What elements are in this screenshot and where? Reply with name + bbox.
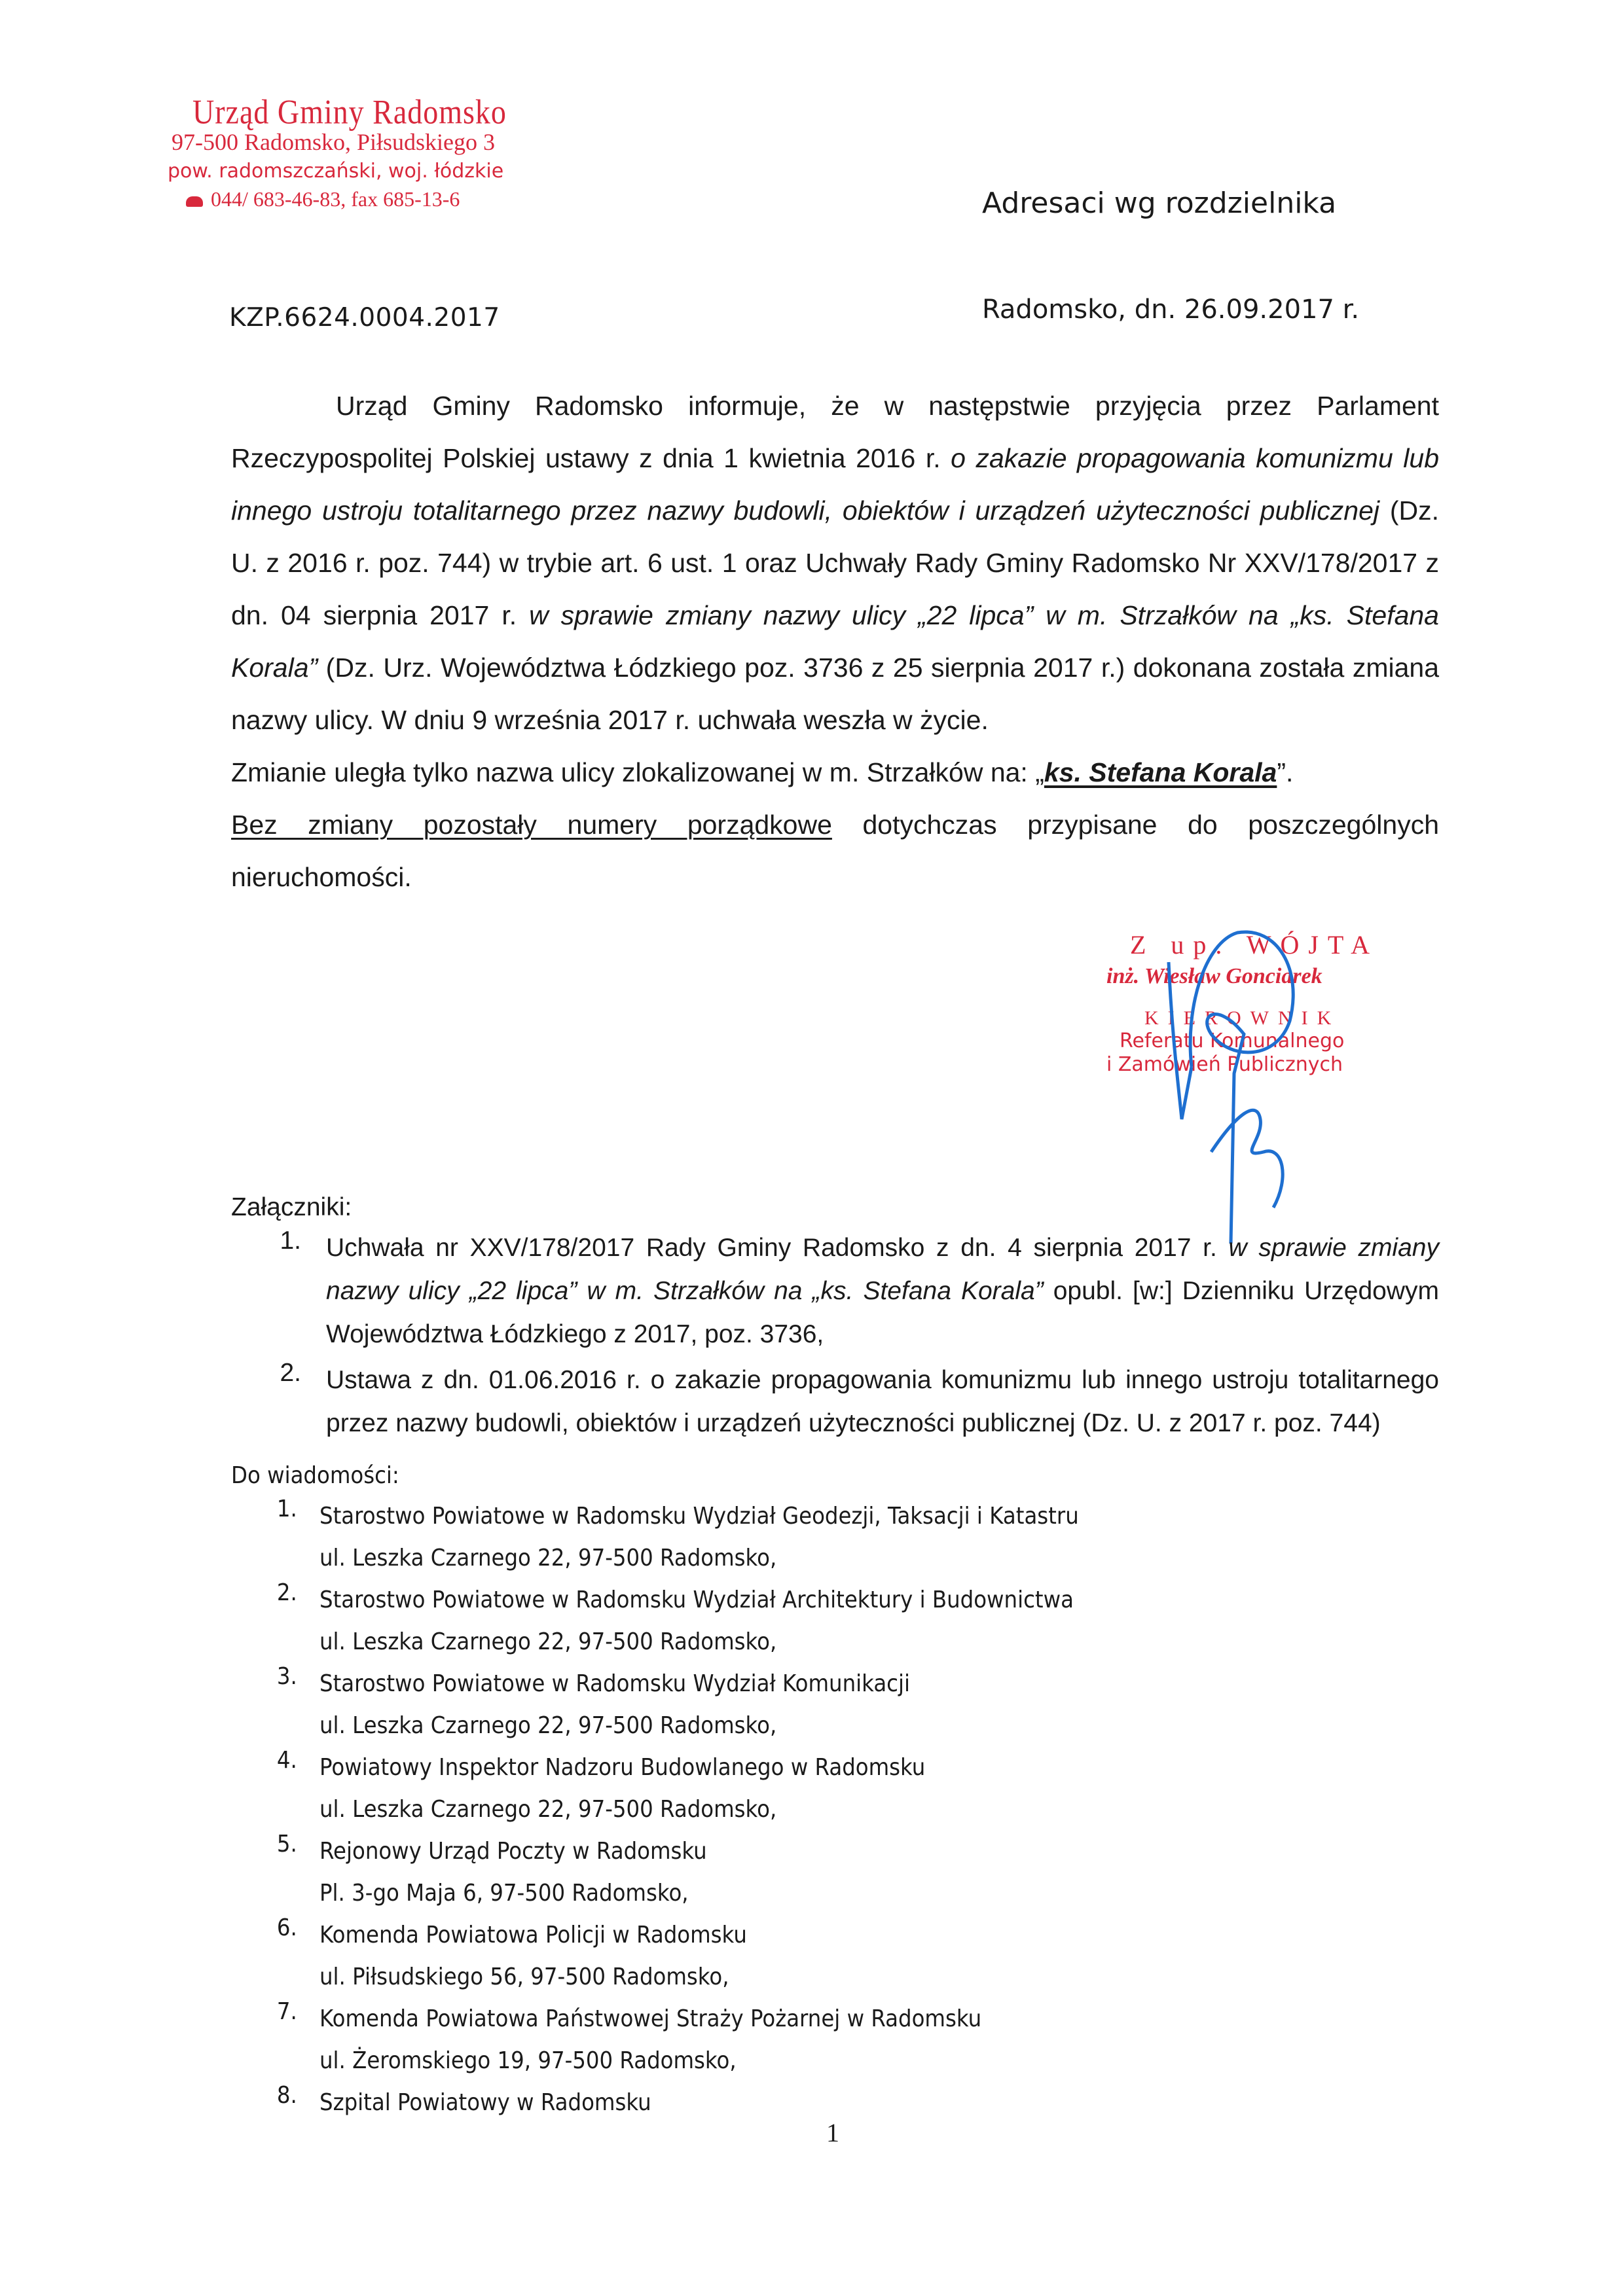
recipient-text: Starostwo Powiatowe w Radomsku Wydział G… [319,1496,1079,1579]
recipients-list: 1.Starostwo Powiatowe w Radomsku Wydział… [231,1496,1115,2124]
attachment-number: 2. [231,1359,326,1445]
recipient-name: Starostwo Powiatowe w Radomsku Wydział G… [319,1496,1079,1537]
recipient-text: Rejonowy Urząd Poczty w RadomskuPl. 3-go… [319,1831,707,1914]
recipient-number: 7. [231,1998,319,2082]
date-line: Radomsko, dn. 26.09.2017 r. [982,295,1359,325]
recipient-name: Komenda Powiatowa Państwowej Straży Poża… [319,1998,981,2040]
attachments-section: Załączniki: 1. Uchwała nr XXV/178/2017 R… [231,1191,1439,1445]
recipient-item: 7.Komenda Powiatowa Państwowej Straży Po… [231,1998,1115,2082]
letter-body: Urząd Gminy Radomsko informuje, że w nas… [231,380,1439,903]
p1-end: (Dz. Urz. Województwa Łódzkiego poz. 373… [231,653,1439,735]
recipient-address: ul. Piłsudskiego 56, 97-500 Radomsko, [319,1956,747,1998]
recipient-item: 8.Szpital Powiatowy w Radomsku [231,2082,1115,2124]
recipient-number: 4. [231,1747,319,1831]
attachment-number: 1. [231,1227,326,1356]
office-district: pow. radomszczański, woj. łódzkie [168,158,507,185]
office-phone-fax: 044/ 683-46-83, fax 685-13-6 [211,187,460,211]
attachments-header: Załączniki: [231,1191,1439,1224]
document-page: Urząd Gminy Radomsko 97-500 Radomsko, Pi… [0,0,1623,2296]
recipient-text: Powiatowy Inspektor Nadzoru Budowlanego … [319,1747,925,1831]
recipient-text: Starostwo Powiatowe w Radomsku Wydział A… [319,1579,1074,1663]
recipient-number: 5. [231,1831,319,1914]
recipient-address: ul. Leszka Czarnego 22, 97-500 Radomsko, [319,1705,910,1747]
recipient-item: 2.Starostwo Powiatowe w Radomsku Wydział… [231,1579,1115,1663]
recipient-address: ul. Leszka Czarnego 22, 97-500 Radomsko, [319,1621,1074,1663]
attachment-text: Ustawa z dn. 01.06.2016 r. o zakazie pro… [326,1359,1439,1445]
recipient-name: Starostwo Powiatowe w Radomsku Wydział K… [319,1663,910,1705]
recipient-name: Rejonowy Urząd Poczty w Radomsku [319,1831,707,1873]
p2-end: ”. [1277,757,1293,787]
recipient-address: ul. Leszka Czarnego 22, 97-500 Radomsko, [319,1789,925,1831]
recipient-item: 3.Starostwo Powiatowe w Radomsku Wydział… [231,1663,1115,1747]
recipient-number: 3. [231,1663,319,1747]
recipient-text: Komenda Powiatowa Państwowej Straży Poża… [319,1998,981,2082]
attachment-item: 2. Ustawa z dn. 01.06.2016 r. o zakazie … [231,1359,1439,1445]
recipient-text: Szpital Powiatowy w Radomsku [319,2082,651,2124]
letterhead-stamp: Urząd Gminy Radomsko 97-500 Radomsko, Pi… [172,92,507,213]
attachment-text-a: Uchwała nr XXV/178/2017 Rady Gminy Radom… [326,1234,1229,1262]
office-name: Urząd Gminy Radomsko [192,92,507,132]
recipient-address: ul. Żeromskiego 19, 97-500 Radomsko, [319,2040,981,2082]
recipient-number: 2. [231,1579,319,1663]
recipient-item: 5.Rejonowy Urząd Poczty w RadomskuPl. 3-… [231,1831,1115,1914]
attachment-item: 1. Uchwała nr XXV/178/2017 Rady Gminy Ra… [231,1227,1439,1356]
phone-icon [186,196,203,207]
reference-number: KZP.6624.0004.2017 [229,303,500,332]
attachment-text-a: Ustawa z dn. 01.06.2016 r. o zakazie pro… [326,1366,1439,1437]
new-street-name: ks. Stefana Korala [1044,757,1277,787]
recipient-item: 1.Starostwo Powiatowe w Radomsku Wydział… [231,1496,1115,1579]
office-contact: 044/ 683-46-83, fax 685-13-6 [186,185,507,213]
addressee: Adresaci wg rozdzielnika [982,187,1336,220]
recipient-name: Szpital Powiatowy w Radomsku [319,2082,651,2124]
recipient-item: 4.Powiatowy Inspektor Nadzoru Budowlaneg… [231,1747,1115,1831]
recipient-name: Komenda Powiatowa Policji w Radomsku [319,1914,747,1956]
page-number: 1 [826,2117,839,2148]
attachment-text: Uchwała nr XXV/178/2017 Rady Gminy Radom… [326,1227,1439,1356]
recipient-text: Komenda Powiatowa Policji w Radomskuul. … [319,1914,747,1998]
recipient-name: Starostwo Powiatowe w Radomsku Wydział A… [319,1579,1074,1621]
recipient-name: Powiatowy Inspektor Nadzoru Budowlanego … [319,1747,925,1789]
recipient-number: 1. [231,1496,319,1579]
body-paragraph-2: Zmianie uległa tylko nazwa ulicy zlokali… [231,746,1439,798]
recipients-header: Do wiadomości: [231,1456,1115,1496]
p2-intro: Zmianie uległa tylko nazwa ulicy zlokali… [231,757,1044,787]
recipient-text: Starostwo Powiatowe w Radomsku Wydział K… [319,1663,910,1747]
body-paragraph-3: Bez zmiany pozostały numery porządkowe d… [231,798,1439,903]
signature-stamp: Z up. WÓJTA inż. Wiesław Gonciarek KIERO… [1106,929,1447,1077]
recipients-section: Do wiadomości: 1.Starostwo Powiatowe w R… [231,1456,1115,2124]
recipient-address: Pl. 3-go Maja 6, 97-500 Radomsko, [319,1873,707,1914]
p3-underlined: Bez zmiany pozostały numery porządkowe [231,810,832,840]
recipient-item: 6.Komenda Powiatowa Policji w Radomskuul… [231,1914,1115,1998]
recipient-number: 8. [231,2082,319,2124]
recipient-address: ul. Leszka Czarnego 22, 97-500 Radomsko, [319,1537,1079,1579]
recipient-number: 6. [231,1914,319,1998]
body-paragraph-1: Urząd Gminy Radomsko informuje, że w nas… [231,380,1439,746]
